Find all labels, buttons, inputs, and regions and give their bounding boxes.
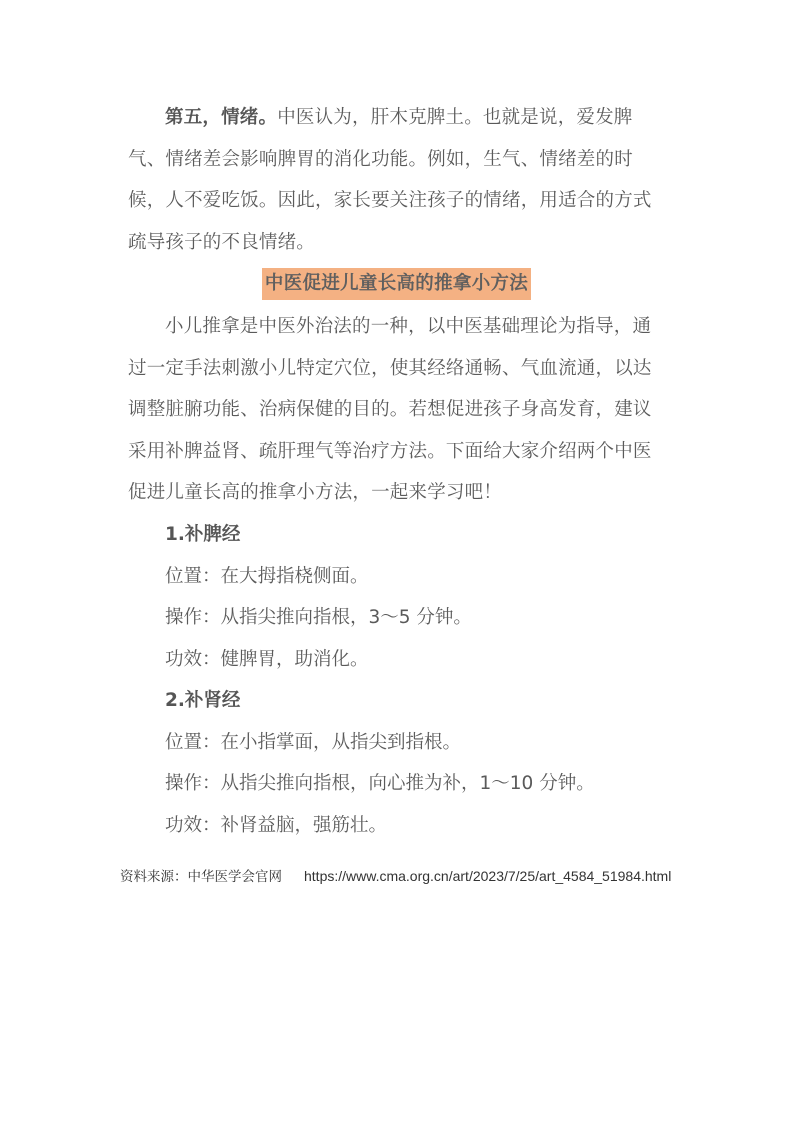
source-citation: 资料来源：中华医学会官网https://www.cma.org.cn/art/2… xyxy=(120,865,671,888)
section-heading: 中医促进儿童长高的推拿小方法 xyxy=(262,268,531,300)
method-1-position: 位置：在大拇指桡侧面。 xyxy=(165,564,369,590)
document-page: 第五，情绪。中医认为，肝木克脾土。也就是说，爱发脾气、情绪差会影响脾胃的消化功能… xyxy=(0,0,793,1122)
source-label: 资料来源：中华医学会官网 xyxy=(120,869,282,885)
method-1-title: 1.补脾经 xyxy=(165,522,240,548)
section-five-text: 中医认为，肝木克脾土。也就是说，爱发脾气、情绪差会影响脾胃的消化功能。例如，生气… xyxy=(128,107,652,253)
intro-paragraph: 小儿推拿是中医外治法的一种，以中医基础理论为指导，通过一定手法刺激小儿特定穴位，… xyxy=(128,306,668,514)
method-2-operation: 操作：从指尖推向指根，向心推为补，1～10 分钟。 xyxy=(165,771,595,797)
method-1-effect: 功效：健脾胃，助消化。 xyxy=(165,647,369,673)
method-2-title: 2.补肾经 xyxy=(165,688,240,714)
section-five-lead: 第五，情绪。 xyxy=(165,107,277,128)
section-heading-wrap: 中医促进儿童长高的推拿小方法 xyxy=(0,268,793,300)
method-2-effect: 功效：补肾益脑，强筋壮。 xyxy=(165,813,387,839)
section-five-paragraph: 第五，情绪。中医认为，肝木克脾土。也就是说，爱发脾气、情绪差会影响脾胃的消化功能… xyxy=(128,97,668,263)
method-1-operation: 操作：从指尖推向指根，3～5 分钟。 xyxy=(165,605,472,631)
source-url[interactable]: https://www.cma.org.cn/art/2023/7/25/art… xyxy=(304,868,671,884)
method-2-position: 位置：在小指掌面，从指尖到指根。 xyxy=(165,730,461,756)
